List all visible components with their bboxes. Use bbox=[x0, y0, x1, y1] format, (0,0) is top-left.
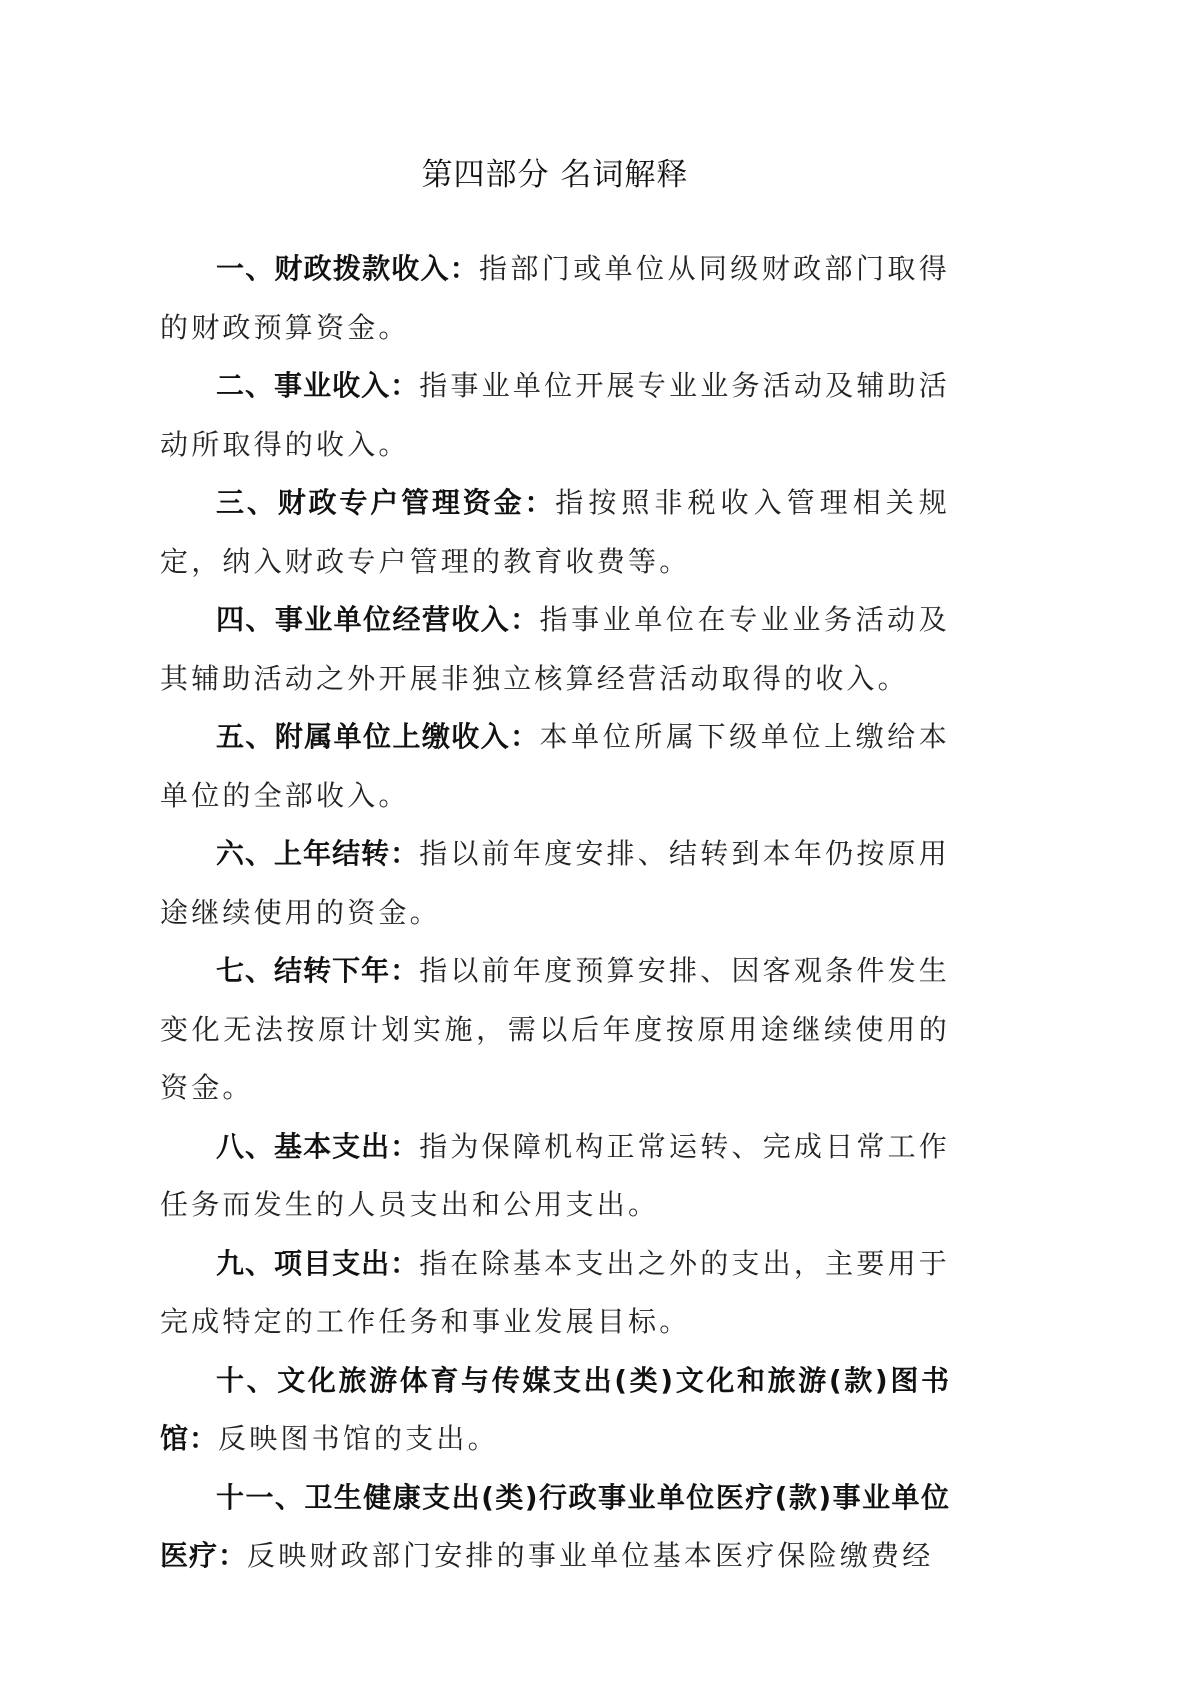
glossary-entry-10: 十、文化旅游体育与传媒支出(类)文化和旅游(款)图书馆：反映图书馆的支出。 bbox=[160, 1352, 950, 1469]
entry-term: 六、上年结转： bbox=[216, 837, 419, 870]
glossary-entry-1: 一、财政拨款收入：指部门或单位从同级财政部门取得的财政预算资金。 bbox=[160, 240, 950, 357]
entry-term: 七、结转下年： bbox=[216, 954, 419, 987]
glossary-entry-11: 十一、卫生健康支出(类)行政事业单位医疗(款)事业单位医疗：反映财政部门安排的事… bbox=[160, 1469, 950, 1586]
entry-term: 八、基本支出： bbox=[216, 1130, 419, 1163]
entry-term: 五、附属单位上缴收入： bbox=[216, 720, 540, 753]
entry-term: 一、财政拨款收入： bbox=[216, 252, 479, 285]
glossary-entry-3: 三、财政专户管理资金：指按照非税收入管理相关规定，纳入财政专户管理的教育收费等。 bbox=[160, 474, 950, 591]
glossary-entry-9: 九、项目支出：指在除基本支出之外的支出，主要用于完成特定的工作任务和事业发展目标… bbox=[160, 1235, 950, 1352]
glossary-body: 一、财政拨款收入：指部门或单位从同级财政部门取得的财政预算资金。 二、事业收入：… bbox=[160, 240, 950, 1586]
glossary-entry-7: 七、结转下年：指以前年度预算安排、因客观条件发生变化无法按原计划实施，需以后年度… bbox=[160, 942, 950, 1118]
page-title: 第四部分 名词解释 bbox=[160, 152, 950, 198]
entry-term: 四、事业单位经营收入： bbox=[216, 603, 540, 636]
entry-term: 九、项目支出： bbox=[216, 1247, 419, 1280]
entry-definition: 反映财政部门安排的事业单位基本医疗保险缴费经 bbox=[247, 1539, 933, 1572]
entry-definition: 反映图书馆的支出。 bbox=[218, 1422, 499, 1455]
glossary-entry-2: 二、事业收入：指事业单位开展专业业务活动及辅助活动所取得的收入。 bbox=[160, 357, 950, 474]
entry-term: 二、事业收入： bbox=[216, 369, 419, 402]
glossary-entry-4: 四、事业单位经营收入：指事业单位在专业业务活动及其辅助活动之外开展非独立核算经营… bbox=[160, 591, 950, 708]
glossary-entry-5: 五、附属单位上缴收入：本单位所属下级单位上缴给本单位的全部收入。 bbox=[160, 708, 950, 825]
glossary-entry-6: 六、上年结转：指以前年度安排、结转到本年仍按原用途继续使用的资金。 bbox=[160, 825, 950, 942]
glossary-entry-8: 八、基本支出：指为保障机构正常运转、完成日常工作任务而发生的人员支出和公用支出。 bbox=[160, 1118, 950, 1235]
entry-term: 三、财政专户管理资金： bbox=[216, 486, 555, 519]
